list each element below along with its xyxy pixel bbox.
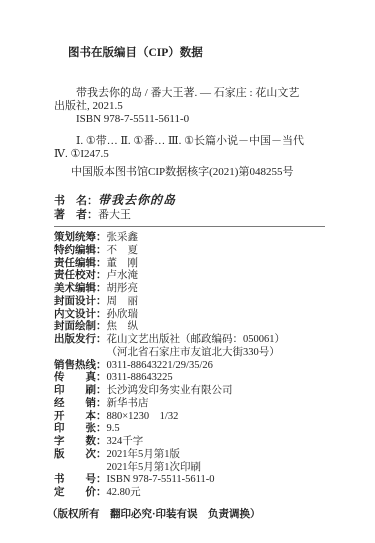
colophon-row-label: 责任校对： [54, 270, 107, 281]
colophon-row-label: 印 张： [54, 423, 107, 434]
colophon-row: 书 号：ISBN 978-7-5511-5611-0 [54, 474, 325, 487]
colophon-row-label: 内文设计： [54, 309, 107, 320]
colophon-row-value: 324千字 [107, 436, 144, 447]
divider-line [54, 226, 325, 227]
colophon-row-label: 出版发行： [54, 334, 107, 345]
copyright-notice: （版权所有 翻印必究·印装有误 负责调换） [47, 508, 325, 522]
colophon-row-value: 2021年5月第1次印刷 [107, 462, 202, 473]
colophon-row-value: （河北省石家庄市友谊北大街330号） [107, 347, 280, 358]
colophon-row: 字 数：324千字 [54, 436, 325, 449]
colophon-row: 责任校对：卢水淹 [54, 270, 325, 283]
colophon-row: 封面绘制：焦 纵 [54, 321, 325, 334]
colophon-row: 开 本：880×1230 1/32 [54, 411, 325, 424]
book-author-value: 番大王 [98, 209, 131, 221]
colophon-row-label: 字 数： [54, 436, 107, 447]
colophon-row-value: 卢水淹 [107, 270, 139, 281]
colophon-row-label: 责任编辑： [54, 258, 107, 269]
colophon-row-label: 策划统筹： [54, 232, 107, 243]
cip-header: 图书在版编目（CIP）数据 [54, 47, 325, 60]
colophon-row-value: 880×1230 1/32 [107, 411, 179, 422]
colophon-row-label: 销售热线： [54, 360, 107, 371]
colophon-row-value: 周 丽 [107, 296, 139, 307]
colophon-row-label: 传 真： [54, 372, 107, 383]
colophon-row: 版 次：2021年5月第1版 [54, 449, 325, 462]
cip-registry-line: 中国版本图书馆CIP数据核字(2021)第048255号 [54, 166, 325, 179]
colophon-row: 责任编辑：董 刚 [54, 258, 325, 271]
colophon-row-value: 0311-88643221/29/35/26 [107, 360, 213, 371]
colophon-row-label: 开 本： [54, 411, 107, 422]
colophon-row: 封面设计：周 丽 [54, 296, 325, 309]
colophon-row: 出版发行：花山文艺出版社（邮政编码：050061） [54, 334, 325, 347]
colophon-row-value: 焦 纵 [107, 321, 139, 332]
cip-classification-block: Ⅰ. ①带… Ⅱ. ①番… Ⅲ. ①长篇小说－中国－当代 Ⅳ. ①I247.5 [54, 135, 325, 160]
book-author-row: 著 者：番大王 [54, 208, 325, 222]
colophon-row-value: 不 夏 [107, 245, 139, 256]
colophon-row-label: 书 号： [54, 474, 107, 485]
colophon-row-value: 花山文艺出版社（邮政编码：050061） [107, 334, 286, 345]
cip-isbn-line: ISBN 978-7-5511-5611-0 [54, 113, 325, 126]
colophon-row-value: 胡彤亮 [107, 283, 139, 294]
colophon-row-value: 孙欣瑞 [107, 309, 139, 320]
colophon-row: 美术编辑：胡彤亮 [54, 283, 325, 296]
colophon-row-value: 0311-88643225 [107, 372, 173, 383]
cip-class-line-2: Ⅳ. ①I247.5 [54, 148, 325, 161]
colophon-row-value: 9.5 [107, 423, 120, 434]
colophon-row-value: 董 刚 [107, 258, 139, 269]
colophon-row-value: 新华书店 [107, 398, 149, 409]
colophon-row-label: 版 次： [54, 449, 107, 460]
colophon-continuation-row: 2021年5月第1次印刷 [54, 462, 325, 475]
cip-record-line-2: 出版社, 2021.5 [54, 100, 325, 113]
colophon-row-label: 封面设计： [54, 296, 107, 307]
colophon-continuation-row: （河北省石家庄市友谊北大街330号） [54, 347, 325, 360]
book-info-block: 书 名：带我去你的岛 著 者：番大王 [54, 193, 325, 222]
colophon-row-label: 定 价： [54, 487, 107, 498]
colophon-row: 销售热线：0311-88643221/29/35/26 [54, 360, 325, 373]
cip-record-block: 带我去你的岛 / 番大王著. — 石家庄 : 花山文艺 出版社, 2021.5 … [54, 87, 325, 126]
colophon-row-label: 美术编辑： [54, 283, 107, 294]
colophon-row: 内文设计：孙欣瑞 [54, 309, 325, 322]
colophon-row: 策划统筹：张采鑫 [54, 232, 325, 245]
cip-record-line-1: 带我去你的岛 / 番大王著. — 石家庄 : 花山文艺 [54, 87, 325, 100]
colophon-row-value: 长沙鸿发印务实业有限公司 [107, 385, 233, 396]
book-title-row: 书 名：带我去你的岛 [54, 193, 325, 208]
colophon-row-label: 封面绘制： [54, 321, 107, 332]
colophon-row: 定 价：42.80元 [54, 487, 325, 500]
colophon-row-value: 42.80元 [107, 487, 141, 498]
book-title-label: 书 名： [54, 195, 98, 207]
colophon-row: 印 张：9.5 [54, 423, 325, 436]
book-title-value: 带我去你的岛 [98, 193, 176, 207]
colophon-row-label: 经 销： [54, 398, 107, 409]
colophon-row: 特约编辑：不 夏 [54, 245, 325, 258]
colophon-row: 传 真：0311-88643225 [54, 372, 325, 385]
colophon-row-value: ISBN 978-7-5511-5611-0 [107, 474, 215, 485]
colophon-row-label: 特约编辑： [54, 245, 107, 256]
colophon-row-value: 张采鑫 [107, 232, 139, 243]
colophon-list: 策划统筹：张采鑫特约编辑：不 夏责任编辑：董 刚责任校对：卢水淹美术编辑：胡彤亮… [54, 232, 325, 500]
colophon-row: 印 刷：长沙鸿发印务实业有限公司 [54, 385, 325, 398]
colophon-row: 经 销：新华书店 [54, 398, 325, 411]
cip-class-line-1: Ⅰ. ①带… Ⅱ. ①番… Ⅲ. ①长篇小说－中国－当代 [54, 135, 325, 148]
colophon-row-label: 印 刷： [54, 385, 107, 396]
copyright-page: 图书在版编目（CIP）数据 带我去你的岛 / 番大王著. — 石家庄 : 花山文… [0, 0, 375, 543]
book-author-label: 著 者： [54, 209, 98, 221]
colophon-row-value: 2021年5月第1版 [107, 449, 181, 460]
